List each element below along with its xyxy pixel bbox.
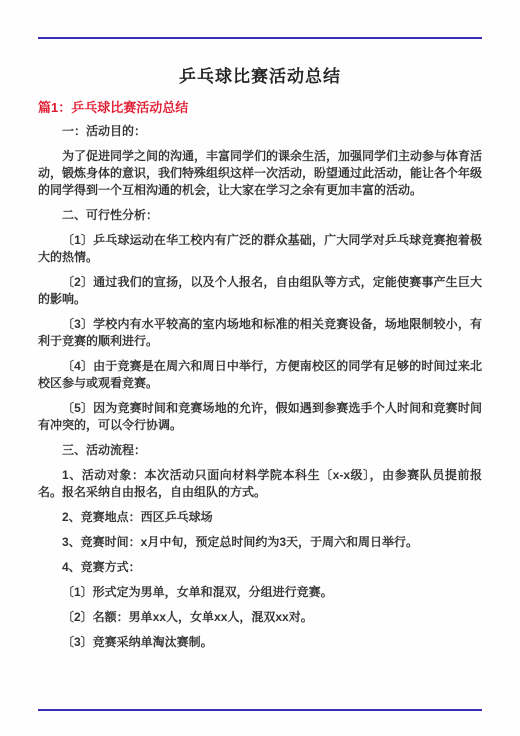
paragraph: 3、竞赛时间：x月中旬，预定总时间约为3天，于周六和周日举行。 (38, 534, 482, 551)
page-title: 乒乓球比赛活动总结 (0, 62, 520, 87)
paragraph: 〔3〕竞赛采纳单淘汰赛制。 (38, 634, 482, 651)
document-body: 一：活动目的：为了促进同学之间的沟通，丰富同学们的课余生活，加强同学们主动参与体… (38, 123, 482, 659)
paragraph: 〔3〕学校内有水平较高的室内场地和标准的相关竞赛设备，场地限制较小，有利于竞赛的… (38, 316, 482, 350)
paragraph: 〔1〕乒乓球运动在华工校内有广泛的群众基础，广大同学对乒乓球竞赛抱着极大的热情。 (38, 232, 482, 266)
paragraph: 为了促进同学之间的沟通，丰富同学们的课余生活，加强同学们主动参与体育活动，锻炼身… (38, 148, 482, 199)
section-heading: 篇1：乒乓球比赛活动总结 (38, 97, 188, 116)
paragraph: 三、活动流程： (38, 442, 482, 459)
paragraph: 4、竞赛方式： (38, 559, 482, 576)
paragraph: 1、活动对象：本次活动只面向材料学院本科生〔x-x级〕，由参赛队员提前报名。报名… (38, 467, 482, 501)
paragraph: 〔2〕名额：男单xx人，女单xx人，混双xx对。 (38, 609, 482, 626)
paragraph: 〔2〕通过我们的宣扬，以及个人报名，自由组队等方式，定能使赛事产生巨大的影响。 (38, 274, 482, 308)
bottom-divider (38, 709, 482, 711)
paragraph: 〔4〕由于竞赛是在周六和周日中举行，方便南校区的同学有足够的时间过来北校区参与或… (38, 358, 482, 392)
paragraph: 二、可行性分析： (38, 207, 482, 224)
paragraph: 一：活动目的： (38, 123, 482, 140)
paragraph: 〔1〕形式定为男单，女单和混双，分组进行竞赛。 (38, 584, 482, 601)
paragraph: 2、竞赛地点：西区乒乓球场 (38, 509, 482, 526)
document-page: 乒乓球比赛活动总结 篇1：乒乓球比赛活动总结 一：活动目的：为了促进同学之间的沟… (0, 0, 520, 736)
top-divider (38, 37, 482, 39)
paragraph: 〔5〕因为竞赛时间和竞赛场地的允许，假如遇到参赛选手个人时间和竞赛时间有冲突的，… (38, 400, 482, 434)
